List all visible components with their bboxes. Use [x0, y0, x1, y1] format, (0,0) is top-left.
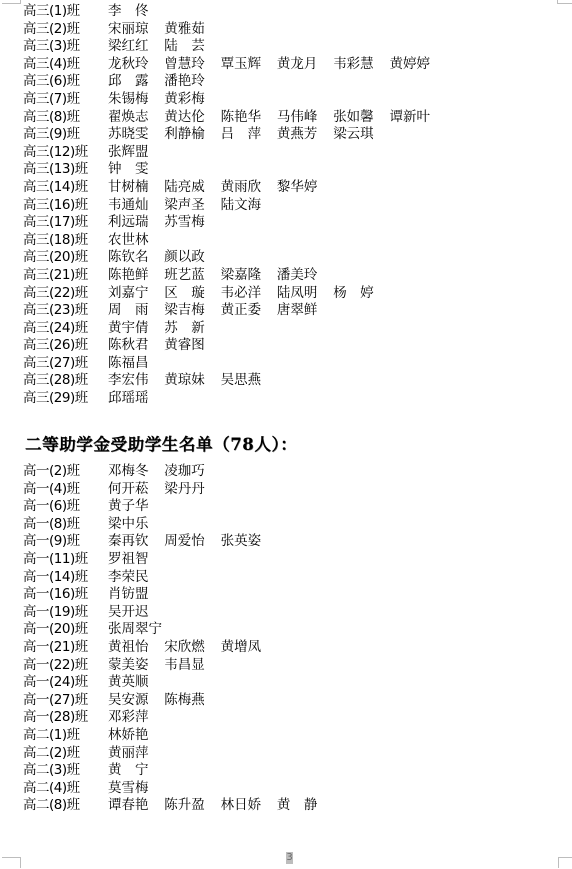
page-number: 3: [286, 852, 293, 864]
student-name: 黄英顺: [108, 674, 164, 692]
class-row: 高一(11)班罗祖智: [23, 551, 563, 569]
student-name: 吴思燕: [221, 372, 277, 390]
student-name: 蒙美姿: [108, 657, 164, 675]
student-name: 颜以政: [164, 249, 220, 267]
student-name: 黄燕芳: [277, 126, 333, 144]
class-label: 高三(1)班: [23, 3, 107, 21]
class-label: 高三(18)班: [23, 232, 107, 250]
class-row: 高三(13)班钟 雯: [23, 161, 563, 179]
student-name: 黄宇倩: [108, 320, 164, 338]
class-row: 高三(1)班李 佟: [23, 3, 563, 21]
student-names: 李荣民: [108, 569, 164, 587]
student-name: 林娇艳: [108, 727, 164, 745]
class-row: 高三(12)班张辉盟: [23, 144, 563, 162]
student-name: 龙秋玲: [108, 56, 164, 74]
student-name: 苏 新: [164, 320, 220, 338]
student-name: 李 佟: [108, 3, 164, 21]
student-name: 农世林: [108, 232, 164, 250]
class-row: 高三(2)班宋丽琼黄雅茹: [23, 21, 563, 39]
class-row: 高一(9)班秦再钦周爱怡张英姿: [23, 533, 563, 551]
class-label: 高一(22)班: [23, 657, 107, 675]
student-name: 梁丹丹: [164, 481, 220, 499]
student-name: 陈梅燕: [164, 692, 220, 710]
student-name: 黄龙月: [277, 56, 333, 74]
student-names: 黄英顺: [108, 674, 164, 692]
class-row: 高三(18)班农世林: [23, 232, 563, 250]
class-label: 高三(27)班: [23, 355, 107, 373]
student-name: 凌珈巧: [164, 463, 220, 481]
student-names: 陈艳鲜班艺蓝梁嘉隆潘美玲: [108, 267, 333, 285]
class-label: 高一(14)班: [23, 569, 107, 587]
student-name: 周 雨: [108, 302, 164, 320]
student-name: 梁吉梅: [164, 302, 220, 320]
student-names: 黄祖怡宋欣燃黄增凤: [108, 639, 277, 657]
class-row: 高三(27)班陈福昌: [23, 355, 563, 373]
student-name: 韦必洋: [221, 285, 277, 303]
class-label: 高三(12)班: [23, 144, 107, 162]
student-names: 利远瑞苏雪梅: [108, 214, 221, 232]
class-row: 高二(2)班黄丽萍: [23, 745, 563, 763]
student-name: 黄琼妹: [164, 372, 220, 390]
class-label: 高一(11)班: [23, 551, 107, 569]
student-name: 陈艳华: [221, 109, 277, 127]
student-name: 韦彩慧: [333, 56, 389, 74]
class-row: 高三(14)班甘树楠陆亮威黄雨欣黎华婷: [23, 179, 563, 197]
second-class-grant-recipient-list: 高一(2)班邓梅冬凌珈巧高一(4)班何开菘梁丹丹高一(6)班黄子华高一(8)班梁…: [23, 463, 563, 815]
student-names: 农世林: [108, 232, 164, 250]
student-names: 邱 露潘艳玲: [108, 73, 221, 91]
student-names: 张辉盟: [108, 144, 164, 162]
class-row: 高一(20)班张周翠宁: [23, 621, 563, 639]
student-name: 黄雨欣: [221, 179, 277, 197]
class-label: 高三(16)班: [23, 197, 107, 215]
student-names: 罗祖智: [108, 551, 164, 569]
student-name: 黄增凤: [221, 639, 277, 657]
student-name: 张如馨: [333, 109, 389, 127]
student-name: 邓梅冬: [108, 463, 164, 481]
class-label: 高二(4)班: [23, 780, 107, 798]
student-name: 张周翠宁: [108, 621, 164, 639]
class-row: 高三(24)班黄宇倩苏 新: [23, 320, 563, 338]
student-name: 吕 萍: [221, 126, 277, 144]
class-label: 高二(2)班: [23, 745, 107, 763]
class-row: 高三(22)班刘嘉宁区 璇韦必洋陆凤明杨 婷: [23, 285, 563, 303]
student-names: 黄丽萍: [108, 745, 164, 763]
student-name: 黎华婷: [277, 179, 333, 197]
student-name: 利远瑞: [108, 214, 164, 232]
class-label: 高一(24)班: [23, 674, 107, 692]
student-name: 谭新叶: [389, 109, 445, 127]
student-names: 朱锡梅黄彩梅: [108, 91, 221, 109]
student-names: 何开菘梁丹丹: [108, 481, 221, 499]
student-names: 苏晓雯利静榆吕 萍黄燕芳梁云琪: [108, 126, 389, 144]
class-label: 高三(2)班: [23, 21, 107, 39]
class-label: 高一(27)班: [23, 692, 107, 710]
student-name: 曾慧玲: [164, 56, 220, 74]
student-name: 陆 芸: [164, 38, 220, 56]
class-row: 高一(6)班黄子华: [23, 498, 563, 516]
top-left-corner-mark: [2, 0, 21, 4]
class-row: 高一(14)班李荣民: [23, 569, 563, 587]
student-names: 黄 宁: [108, 762, 164, 780]
class-label: 高三(23)班: [23, 302, 107, 320]
student-name: 周爱怡: [164, 533, 220, 551]
class-row: 高三(17)班利远瑞苏雪梅: [23, 214, 563, 232]
student-names: 陈钦名颜以政: [108, 249, 221, 267]
class-label: 高一(16)班: [23, 586, 107, 604]
student-names: 陈福昌: [108, 355, 164, 373]
class-row: 高三(3)班梁红红陆 芸: [23, 38, 563, 56]
student-name: 陆文海: [221, 197, 277, 215]
student-names: 邱瑶瑶: [108, 390, 164, 408]
class-row: 高一(4)班何开菘梁丹丹: [23, 481, 563, 499]
student-name: 黄子华: [108, 498, 164, 516]
student-name: 黄婷婷: [389, 56, 445, 74]
class-row: 高三(26)班陈秋君黄睿图: [23, 337, 563, 355]
class-row: 高一(19)班吴开迟: [23, 604, 563, 622]
class-row: 高三(21)班陈艳鲜班艺蓝梁嘉隆潘美玲: [23, 267, 563, 285]
student-name: 李宏伟: [108, 372, 164, 390]
student-name: 黄丽萍: [108, 745, 164, 763]
class-label: 高三(21)班: [23, 267, 107, 285]
student-name: 唐翠鲜: [277, 302, 333, 320]
student-names: 宋丽琼黄雅茹: [108, 21, 221, 39]
student-names: 韦通灿梁声圣陆文海: [108, 197, 277, 215]
student-name: 陈福昌: [108, 355, 164, 373]
student-names: 李 佟: [108, 3, 164, 21]
class-label: 高三(7)班: [23, 91, 107, 109]
student-name: 苏晓雯: [108, 126, 164, 144]
student-name: 张辉盟: [108, 144, 164, 162]
student-name: 陈钦名: [108, 249, 164, 267]
student-name: 梁嘉隆: [221, 267, 277, 285]
class-row: 高一(8)班梁中乐: [23, 516, 563, 534]
student-name: 陆凤明: [277, 285, 333, 303]
student-name: 宋欣燃: [164, 639, 220, 657]
student-name: 黄正委: [221, 302, 277, 320]
student-names: 张周翠宁: [108, 621, 164, 639]
student-name: 邓彩萍: [108, 709, 164, 727]
bottom-right-corner-mark: [558, 857, 572, 868]
class-label: 高三(13)班: [23, 161, 107, 179]
class-row: 高三(20)班陈钦名颜以政: [23, 249, 563, 267]
class-label: 高三(20)班: [23, 249, 107, 267]
student-name: 何开菘: [108, 481, 164, 499]
student-name: 邱瑶瑶: [108, 390, 164, 408]
student-name: 邱 露: [108, 73, 164, 91]
student-name: 黄彩梅: [164, 91, 220, 109]
student-names: 黄宇倩苏 新: [108, 320, 221, 338]
student-name: 韦昌显: [164, 657, 220, 675]
class-label: 高一(9)班: [23, 533, 107, 551]
student-name: 甘树楠: [108, 179, 164, 197]
student-name: 黄达伦: [164, 109, 220, 127]
student-names: 莫雪梅: [108, 780, 164, 798]
student-name: 黄 静: [277, 797, 333, 815]
class-row: 高三(4)班龙秋玲曾慧玲覃玉辉黄龙月韦彩慧黄婷婷: [23, 56, 563, 74]
class-label: 高三(6)班: [23, 73, 107, 91]
class-label: 高一(28)班: [23, 709, 107, 727]
student-names: 梁红红陆 芸: [108, 38, 221, 56]
class-label: 高一(20)班: [23, 621, 107, 639]
student-name: 吴开迟: [108, 604, 164, 622]
student-name: 潘美玲: [277, 267, 333, 285]
student-name: 梁云琪: [333, 126, 389, 144]
class-row: 高一(21)班黄祖怡宋欣燃黄增凤: [23, 639, 563, 657]
class-label: 高三(8)班: [23, 109, 107, 127]
student-name: 刘嘉宁: [108, 285, 164, 303]
class-label: 高三(28)班: [23, 372, 107, 390]
student-names: 梁中乐: [108, 516, 164, 534]
class-label: 高一(8)班: [23, 516, 107, 534]
class-label: 高三(26)班: [23, 337, 107, 355]
class-row: 高一(24)班黄英顺: [23, 674, 563, 692]
student-name: 罗祖智: [108, 551, 164, 569]
student-name: 陈秋君: [108, 337, 164, 355]
class-label: 高一(21)班: [23, 639, 107, 657]
student-names: 翟焕志黄达伦陈艳华马伟峰张如馨谭新叶: [108, 109, 446, 127]
class-label: 高一(2)班: [23, 463, 107, 481]
student-name: 利静榆: [164, 126, 220, 144]
student-name: 黄 宁: [108, 762, 164, 780]
class-row: 高一(22)班蒙美姿韦昌显: [23, 657, 563, 675]
class-label: 高三(3)班: [23, 38, 107, 56]
class-label: 高二(3)班: [23, 762, 107, 780]
class-row: 高一(16)班肖钫盟: [23, 586, 563, 604]
student-name: 朱锡梅: [108, 91, 164, 109]
student-names: 陈秋君黄睿图: [108, 337, 221, 355]
class-label: 高三(17)班: [23, 214, 107, 232]
class-label: 高三(14)班: [23, 179, 107, 197]
class-label: 高三(4)班: [23, 56, 107, 74]
class-row: 高一(28)班邓彩萍: [23, 709, 563, 727]
student-name: 吴安源: [108, 692, 164, 710]
student-name: 张英姿: [221, 533, 277, 551]
third-year-recipient-list: 高三(1)班李 佟高三(2)班宋丽琼黄雅茹高三(3)班梁红红陆 芸高三(4)班龙…: [23, 3, 563, 408]
student-names: 黄子华: [108, 498, 164, 516]
student-name: 钟 雯: [108, 161, 164, 179]
class-row: 高三(28)班李宏伟黄琼妹吴思燕: [23, 372, 563, 390]
student-names: 刘嘉宁区 璇韦必洋陆凤明杨 婷: [108, 285, 389, 303]
student-name: 黄睿图: [164, 337, 220, 355]
class-row: 高二(4)班莫雪梅: [23, 780, 563, 798]
class-label: 高一(6)班: [23, 498, 107, 516]
student-name: 梁红红: [108, 38, 164, 56]
student-name: 梁声圣: [164, 197, 220, 215]
student-names: 肖钫盟: [108, 586, 164, 604]
second-class-grant-heading: 二等助学金受助学生名单（78人）：: [25, 431, 297, 455]
student-name: 陈艳鲜: [108, 267, 164, 285]
class-row: 高三(9)班苏晓雯利静榆吕 萍黄燕芳梁云琪: [23, 126, 563, 144]
student-name: 班艺蓝: [164, 267, 220, 285]
class-row: 高二(8)班谭春艳陈升盈林日娇黄 静: [23, 797, 563, 815]
student-name: 覃玉辉: [221, 56, 277, 74]
class-row: 高三(6)班邱 露潘艳玲: [23, 73, 563, 91]
class-label: 高三(24)班: [23, 320, 107, 338]
class-label: 高二(1)班: [23, 727, 107, 745]
student-name: 潘艳玲: [164, 73, 220, 91]
student-name: 韦通灿: [108, 197, 164, 215]
student-name: 秦再钦: [108, 533, 164, 551]
class-row: 高三(8)班翟焕志黄达伦陈艳华马伟峰张如馨谭新叶: [23, 109, 563, 127]
student-name: 李荣民: [108, 569, 164, 587]
student-names: 钟 雯: [108, 161, 164, 179]
student-name: 苏雪梅: [164, 214, 220, 232]
student-names: 林娇艳: [108, 727, 164, 745]
student-names: 周 雨梁吉梅黄正委唐翠鲜: [108, 302, 333, 320]
class-row: 高三(23)班周 雨梁吉梅黄正委唐翠鲜: [23, 302, 563, 320]
student-name: 陆亮威: [164, 179, 220, 197]
student-name: 马伟峰: [277, 109, 333, 127]
class-row: 高三(7)班朱锡梅黄彩梅: [23, 91, 563, 109]
student-name: 区 璇: [164, 285, 220, 303]
bottom-left-corner-mark: [2, 857, 21, 868]
student-name: 杨 婷: [333, 285, 389, 303]
document-page: 高三(1)班李 佟高三(2)班宋丽琼黄雅茹高三(3)班梁红红陆 芸高三(4)班龙…: [0, 0, 572, 869]
student-names: 吴安源陈梅燕: [108, 692, 221, 710]
class-row: 高二(1)班林娇艳: [23, 727, 563, 745]
class-row: 高三(29)班邱瑶瑶: [23, 390, 563, 408]
class-label: 高一(19)班: [23, 604, 107, 622]
class-label: 高一(4)班: [23, 481, 107, 499]
class-label: 高三(22)班: [23, 285, 107, 303]
student-names: 秦再钦周爱怡张英姿: [108, 533, 277, 551]
class-row: 高三(16)班韦通灿梁声圣陆文海: [23, 197, 563, 215]
student-name: 肖钫盟: [108, 586, 164, 604]
student-names: 李宏伟黄琼妹吴思燕: [108, 372, 277, 390]
student-names: 甘树楠陆亮威黄雨欣黎华婷: [108, 179, 333, 197]
class-row: 高一(27)班吴安源陈梅燕: [23, 692, 563, 710]
class-row: 高一(2)班邓梅冬凌珈巧: [23, 463, 563, 481]
student-names: 邓彩萍: [108, 709, 164, 727]
student-name: 翟焕志: [108, 109, 164, 127]
student-name: 梁中乐: [108, 516, 164, 534]
student-name: 黄雅茹: [164, 21, 220, 39]
student-names: 谭春艳陈升盈林日娇黄 静: [108, 797, 333, 815]
student-names: 吴开迟: [108, 604, 164, 622]
student-names: 邓梅冬凌珈巧: [108, 463, 221, 481]
class-label: 高三(9)班: [23, 126, 107, 144]
student-name: 谭春艳: [108, 797, 164, 815]
student-name: 陈升盈: [164, 797, 220, 815]
class-label: 高三(29)班: [23, 390, 107, 408]
student-name: 莫雪梅: [108, 780, 164, 798]
class-row: 高二(3)班黄 宁: [23, 762, 563, 780]
student-names: 蒙美姿韦昌显: [108, 657, 221, 675]
student-names: 龙秋玲曾慧玲覃玉辉黄龙月韦彩慧黄婷婷: [108, 56, 446, 74]
class-label: 高二(8)班: [23, 797, 107, 815]
student-name: 宋丽琼: [108, 21, 164, 39]
student-name: 林日娇: [221, 797, 277, 815]
student-name: 黄祖怡: [108, 639, 164, 657]
